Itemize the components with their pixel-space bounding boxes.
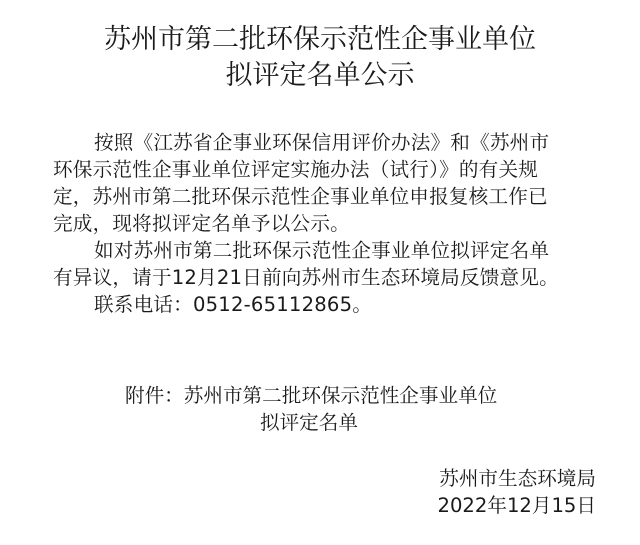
paragraph-objection: 如对苏州市第二批环保示范性企事业单位拟评定名单 有异议，请于12月21日前向苏州… bbox=[53, 237, 593, 291]
attachment-line2[interactable]: 拟评定名单 bbox=[260, 409, 358, 436]
paragraph-contact: 联系电话：0512-65112865。 bbox=[53, 291, 593, 318]
paragraph-announcement: 按照《江苏省企事业环保信用评价办法》和《苏州市 环保示范性企事业单位评定实施办法… bbox=[53, 129, 593, 237]
paragraph-line: 按照《江苏省企事业环保信用评价办法》和《苏州市 bbox=[53, 129, 593, 156]
paragraph-line: 有异议，请于12月21日前向苏州市生态环境局反馈意见。 bbox=[53, 264, 593, 291]
paragraph-line: 环保示范性企事业单位评定实施办法（试行）》的有关规 bbox=[53, 156, 593, 183]
document-title-line2: 拟评定名单公示 bbox=[0, 58, 640, 94]
signature-organization: 苏州市生态环境局 bbox=[439, 465, 596, 492]
attachment-line1[interactable]: 附件：苏州市第二批环保示范性企事业单位 bbox=[125, 382, 497, 409]
paragraph-line: 定，苏州市第二批环保示范性企事业单位申报复核工作已 bbox=[53, 183, 593, 210]
signature-date: 2022年12月15日 bbox=[437, 492, 596, 519]
paragraph-line: 完成，现将拟评定名单予以公示。 bbox=[53, 210, 593, 237]
paragraph-line: 如对苏州市第二批环保示范性企事业单位拟评定名单 bbox=[53, 237, 593, 264]
document-title-line1: 苏州市第二批环保示范性企事业单位 bbox=[0, 22, 640, 58]
contact-phone-line: 联系电话：0512-65112865。 bbox=[53, 291, 593, 318]
